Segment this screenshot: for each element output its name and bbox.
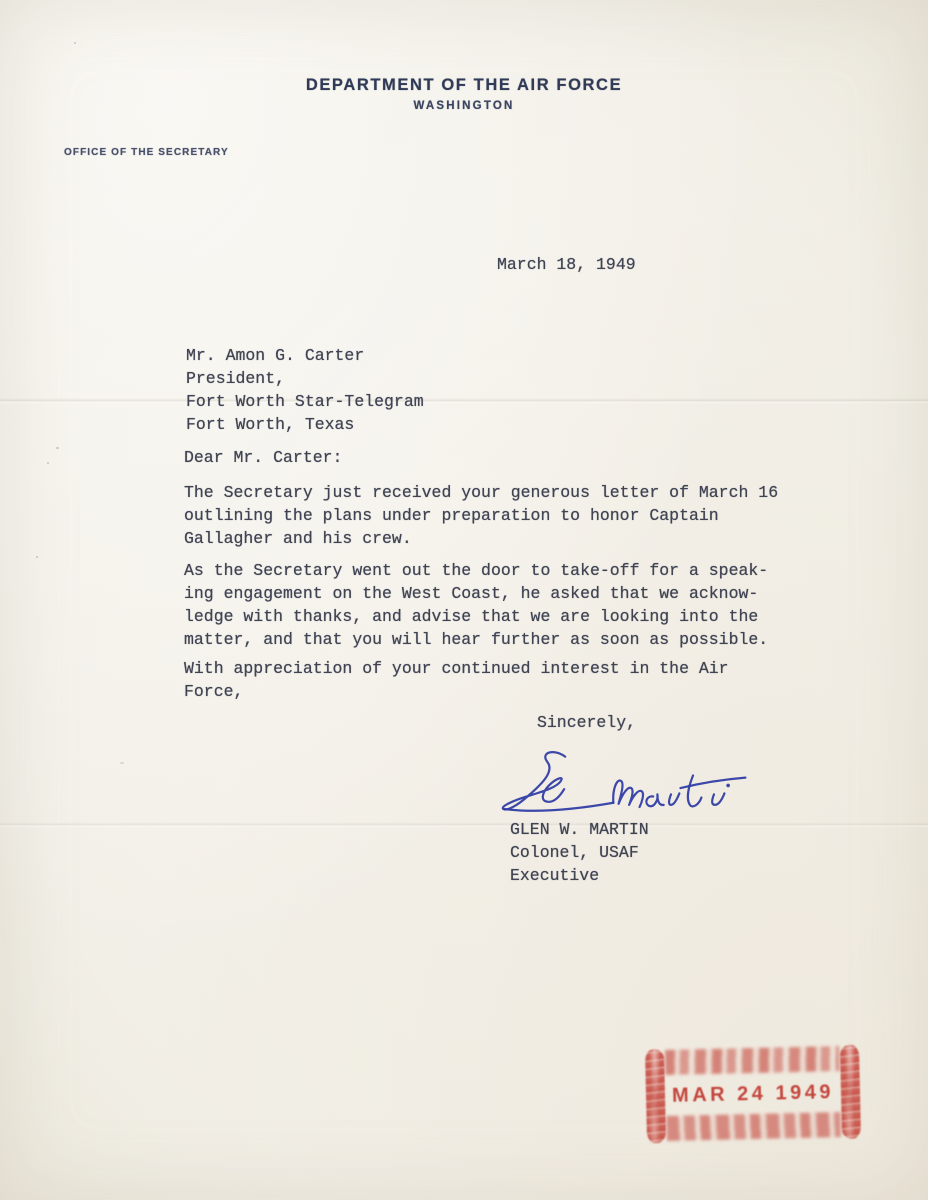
ink-speck [74, 42, 76, 44]
handwritten-signature-script [496, 748, 758, 824]
paper-fold-line [0, 398, 928, 403]
signature-typed-name: GLEN W. MARTIN [510, 820, 649, 839]
letterhead-title: DEPARTMENT OF THE AIR FORCE [0, 76, 928, 95]
body-paragraph: The Secretary just received your generou… [184, 481, 784, 550]
closing-line: Sincerely, [537, 711, 636, 734]
signature-block: GLEN W. MARTIN Colonel, USAF Executive [510, 818, 649, 887]
ink-speck [47, 462, 49, 464]
paper-fold-line [0, 822, 928, 827]
stamp-date-text: MAR 24 1949 [646, 1081, 860, 1109]
recipient-address: Mr. Amon G. Carter President, Fort Worth… [186, 344, 424, 436]
ink-speck [36, 556, 38, 558]
body-paragraph: With appreciation of your continued inte… [184, 657, 784, 703]
received-date-stamp: MAR 24 1949 [645, 1042, 861, 1147]
stamp-illegible-top-line [665, 1046, 840, 1075]
recipient-line: Fort Worth Star-Telegram [186, 392, 424, 411]
date-line: March 18, 1949 [497, 253, 636, 276]
recipient-line: Mr. Amon G. Carter [186, 346, 364, 365]
signature-rank: Colonel, USAF [510, 843, 639, 862]
office-of-secretary-line: OFFICE OF THE SECRETARY [64, 147, 229, 158]
recipient-line: Fort Worth, Texas [186, 415, 354, 434]
letter-page: DEPARTMENT OF THE AIR FORCE WASHINGTON O… [0, 0, 928, 1200]
salutation: Dear Mr. Carter: [184, 446, 342, 469]
body-paragraph: As the Secretary went out the door to ta… [184, 559, 784, 651]
recipient-line: President, [186, 369, 285, 388]
stamp-illegible-bottom-line [666, 1112, 841, 1141]
ink-speck [56, 447, 59, 449]
signature-role: Executive [510, 866, 599, 885]
pencil-speck [120, 762, 124, 764]
letterhead-subtitle: WASHINGTON [0, 100, 928, 112]
